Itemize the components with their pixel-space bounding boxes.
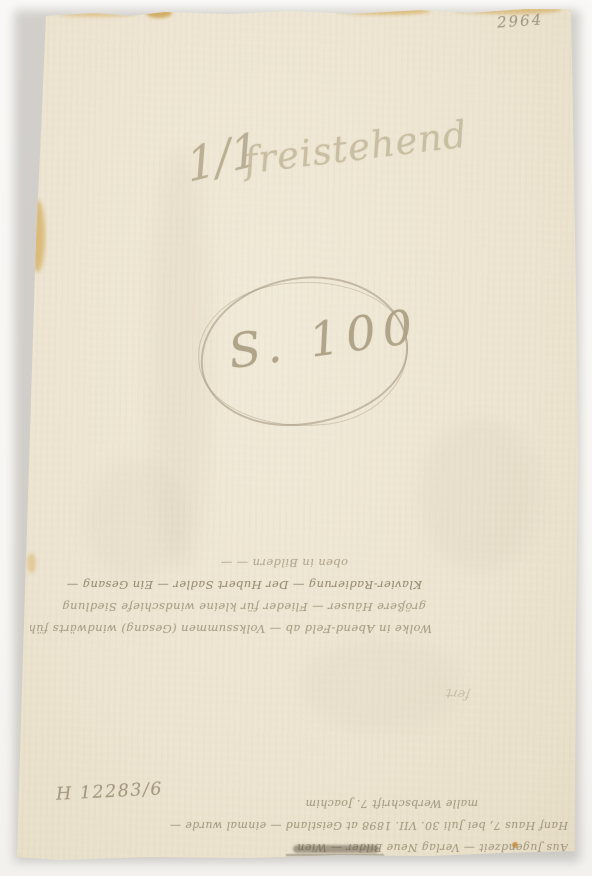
note-line: oben in Bildern — — <box>30 552 348 574</box>
note-line: Hanf Haus 7, bei Juli 30. VII. 1898 at G… <box>28 814 568 836</box>
show-through-smudge-2 <box>420 420 540 570</box>
note-line: größere Häuser — Flieder für kleine wind… <box>30 596 426 618</box>
catalog-number: 2964 <box>496 10 543 31</box>
scan-stage: 2964 1/1 freistehend S. 100 Wolke in Abe… <box>0 0 592 876</box>
faint-scribble: fert <box>445 685 470 702</box>
scribbled-out-word <box>293 845 379 853</box>
note-line: Wolke in Abend-Feld ab — Volkssummen (Ge… <box>30 618 432 640</box>
note-line: Klavier-Radierung — Der Hubert Sadler — … <box>30 574 422 596</box>
paper-sheet: 2964 1/1 freistehend S. 100 Wolke in Abe… <box>0 0 592 876</box>
note-line: malle Werbschrift 7. Joachim <box>28 792 478 814</box>
middle-pencil-note-upside-down: Wolke in Abend-Feld ab — Volkssummen (Ge… <box>30 548 432 640</box>
show-through-smudge-4 <box>300 640 460 730</box>
